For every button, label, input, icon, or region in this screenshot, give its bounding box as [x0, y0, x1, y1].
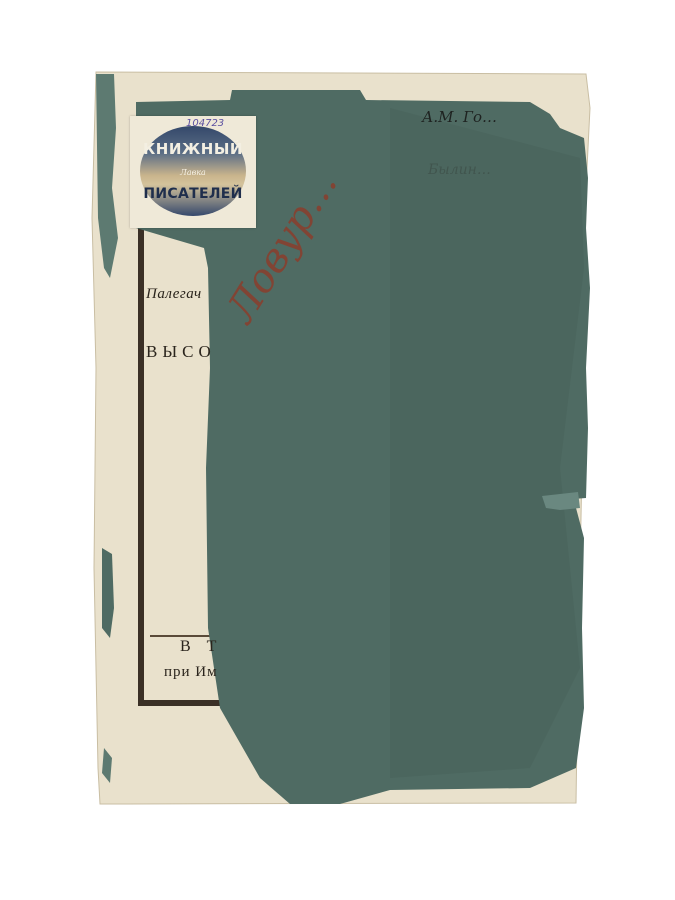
bookseller-label: 104723 КНИЖНЫЙ Лавка ПИСАТЕЛЕЙ	[130, 116, 256, 228]
inventory-number: 104723	[186, 118, 224, 129]
wrapper-shade	[390, 108, 584, 778]
imprint-line-1: В Т	[180, 638, 222, 656]
imprint-line-2: при Им	[164, 664, 218, 681]
book-cover: Палегач ВЫСО В Т при Им А.М. Го… Былин… …	[90, 68, 592, 806]
label-top-text: КНИЖНЫЙ	[130, 140, 256, 158]
faint-inscription: Былин…	[428, 162, 491, 178]
ink-inscription: А.М. Го…	[422, 108, 497, 126]
title-line-1: Палегач	[146, 286, 202, 303]
title-line-2: ВЫСО	[146, 342, 216, 362]
label-middle-text: Лавка	[130, 168, 256, 177]
ornamental-border-left	[138, 218, 144, 706]
label-bottom-text: ПИСАТЕЛЕЙ	[130, 186, 256, 202]
